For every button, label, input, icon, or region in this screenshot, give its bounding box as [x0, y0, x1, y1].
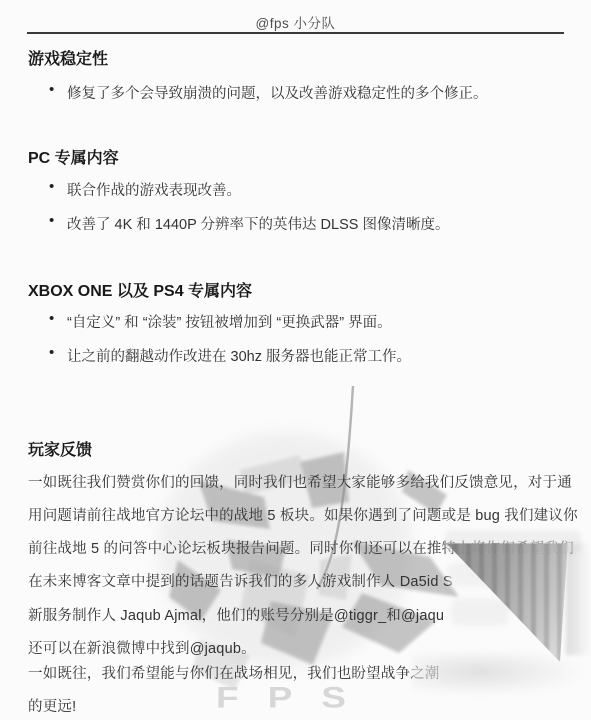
list-item-text: 联合作战的游戏表现改善。 [67, 183, 241, 199]
paragraph-line: 一如既往我们赞赏你们的回馈，同时我们也希望大家能够多给我们反馈意见，对于通 [28, 471, 572, 492]
list-item-text: “自定义” 和 “涂装” 按钮被增加到 “更换武器” 界面。 [67, 315, 392, 331]
section-heading-stability: 游戏稳定性 [28, 46, 108, 69]
list-item: • 改善了 4K 和 1440P 分辨率下的英伟达 DLSS 图像清晰度。 [28, 213, 449, 234]
author-byline: @fps 小分队 [0, 12, 591, 32]
bullet-icon: • [49, 178, 54, 195]
fps-watermark-letters: FPS [216, 681, 375, 715]
list-item: • “自定义” 和 “涂装” 按钮被增加到 “更换武器” 界面。 [28, 311, 392, 332]
paragraph-line: 用问题请前往战地官方论坛中的战地 5 板块。如果你遇到了问题或是 bug 我们建… [28, 504, 578, 525]
bullet-icon: • [49, 81, 54, 98]
bullet-icon: • [49, 310, 54, 327]
header-divider [27, 32, 564, 34]
paragraph-line: 新服务制作人 Jaqub Ajmal，他们的账号分别是@tiggr_和@jaqu [28, 604, 444, 625]
bullet-icon: • [49, 212, 54, 229]
bullet-icon: • [49, 344, 54, 361]
paragraph-line: 前往战地 5 的问答中心论坛板块报告问题。同时你们还可以在推特上将你们希望我们 [28, 537, 574, 558]
section-heading-console: XBOX ONE 以及 PS4 专属内容 [28, 278, 252, 301]
list-item: • 让之前的翻越动作改进在 30hz 服务器也能正常工作。 [28, 345, 411, 366]
list-item: • 联合作战的游戏表现改善。 [28, 179, 241, 200]
list-item: • 修复了多个会导致崩溃的问题，以及改善游戏稳定性的多个修正。 [28, 82, 488, 103]
paragraph-line: 还可以在新浪微博中找到@jaqub。 [28, 637, 256, 658]
paragraph-line: 的更远! [28, 695, 76, 716]
list-item-text: 改善了 4K 和 1440P 分辨率下的英伟达 DLSS 图像清晰度。 [67, 217, 449, 233]
paragraph-line: 在未来博客文章中提到的话题告诉我们的多人游戏制作人 Da5id S [28, 570, 453, 591]
list-item-text: 修复了多个会导致崩溃的问题，以及改善游戏稳定性的多个修正。 [67, 86, 488, 102]
list-item-text: 让之前的翻越动作改进在 30hz 服务器也能正常工作。 [67, 349, 411, 365]
article-page: FPS @fps 小分队 游戏稳定性 • 修复了多个会导致崩溃的问题，以及改善游… [0, 0, 591, 720]
paragraph-line: 一如既往，我们希望能与你们在战场相见，我们也盼望战争之潮 [28, 662, 440, 683]
section-heading-feedback: 玩家反馈 [28, 437, 92, 460]
section-heading-pc: PC 专属内容 [28, 145, 119, 168]
